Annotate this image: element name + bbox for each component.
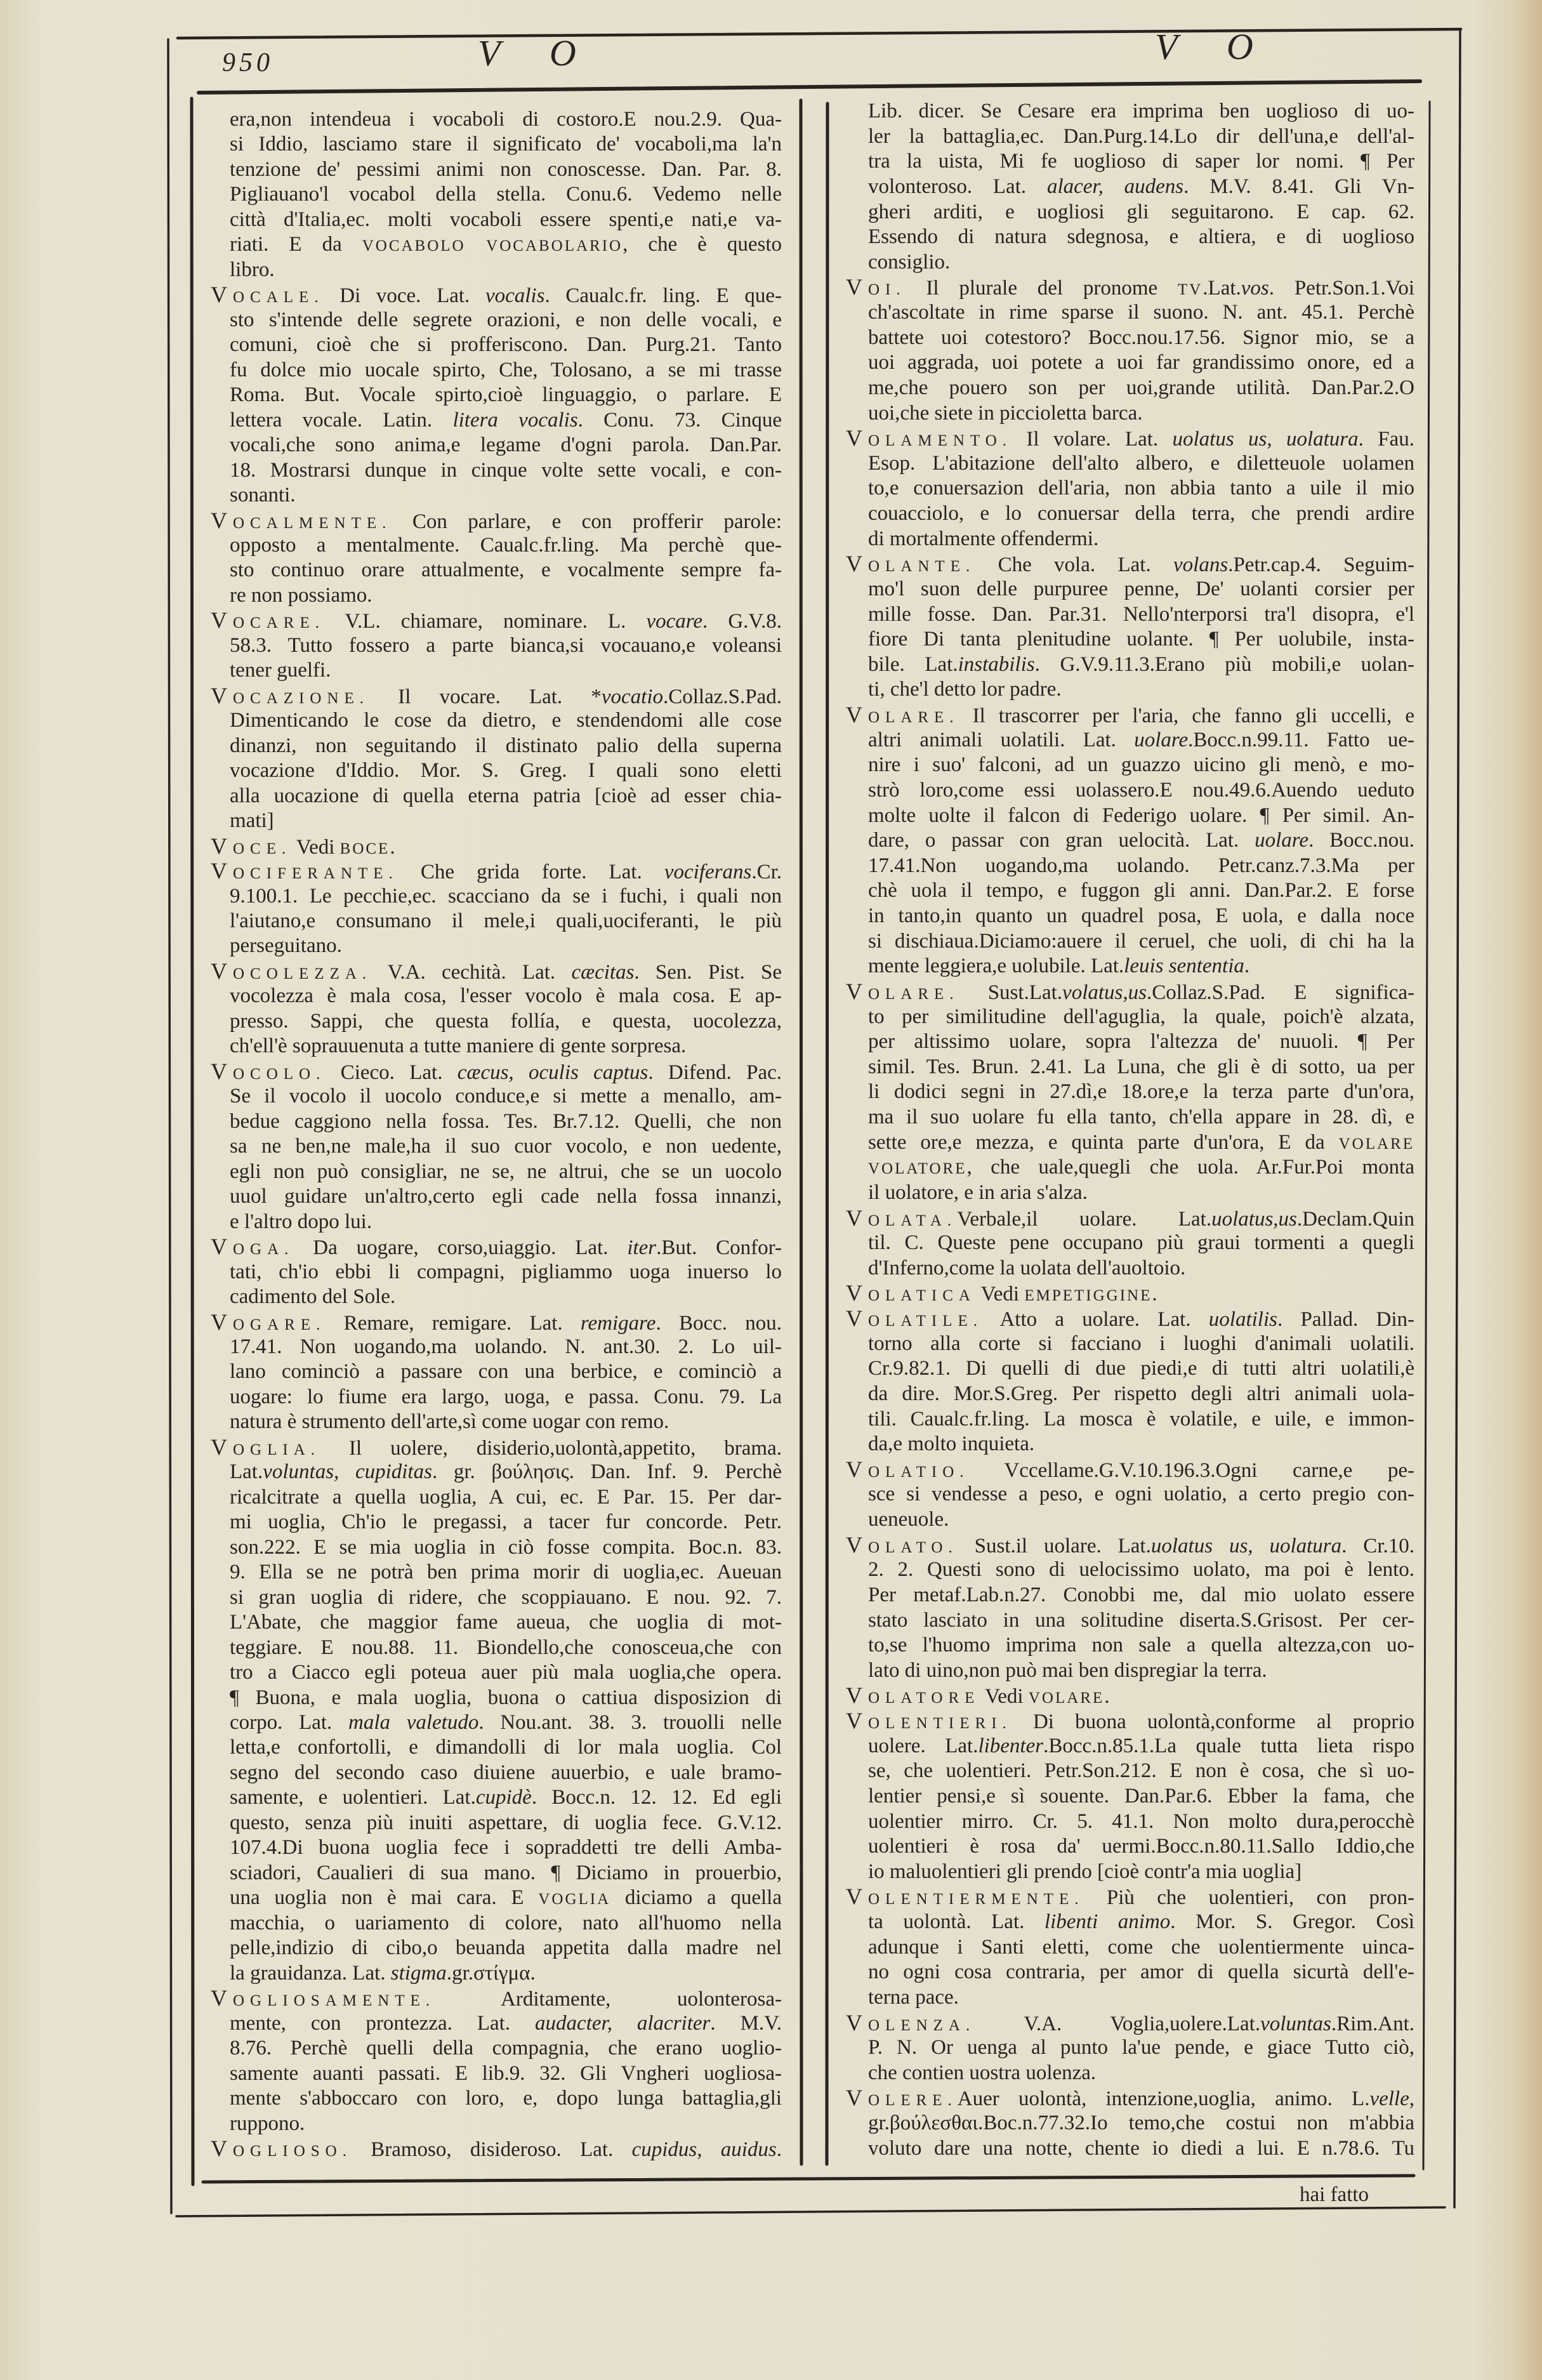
text-run: d'Inferno,come la uolata dell'auoltoio. xyxy=(868,1257,1185,1279)
italic-text: cæcitas xyxy=(571,961,634,984)
text-line: to per similitudine dell'aguglia, la qua… xyxy=(846,1005,1414,1030)
text-run: Essendo di natura sdegnosa, e altiera, e… xyxy=(868,225,1414,248)
header-bottom-rule xyxy=(199,81,1420,93)
text-line: lentier pensi,e sì souente. Dan.Par.6. E… xyxy=(846,1784,1414,1809)
text-run: lano cominciò a passare con una berbice,… xyxy=(230,1360,782,1383)
text-run: Il uolere, disiderio,uolontà,appetito, b… xyxy=(320,1437,782,1460)
text-run: bedue caggiono nella fossa. Tes. Br.7.12… xyxy=(230,1110,782,1133)
text-run: . Fau. xyxy=(1359,428,1414,451)
small-caps-text: VOCABOLO VOCABOLARIO xyxy=(362,237,623,255)
text-run: . G.V.9.11.3.Erano più mobili,e uolan- xyxy=(1035,653,1414,676)
text-run: vocolezza è mala cosa, l'esser vocolo è … xyxy=(230,984,782,1007)
text-line: ma il suo uolare fu ella tanto, ch'ella … xyxy=(846,1105,1414,1130)
text-run: .Collaz.S.Pad. E significa- xyxy=(1147,981,1414,1004)
text-run: battete uoi cotestoro? Bocc.nou.17.56. S… xyxy=(868,326,1414,349)
text-line: adunque i Santi eletti, come che uolenti… xyxy=(846,1935,1414,1960)
text-line: uoi,che siete in piccioletta barca. xyxy=(846,401,1414,426)
italic-text: uolatus us, uolatura xyxy=(1173,428,1359,451)
small-caps-text: VOGLIA xyxy=(538,1891,610,1908)
text-run: .But. Confor- xyxy=(656,1236,782,1259)
text-run: Più che uolentieri, con pron- xyxy=(1084,1886,1414,1909)
italic-text: cupidus, auidus xyxy=(632,2138,777,2161)
text-run: voluto dare una notte, chente io diedi a… xyxy=(868,2137,1414,2160)
text-line: gr.βούλεσθαι.Boc.n.77.32.Io temo,che cos… xyxy=(846,2111,1414,2136)
text-run: samente auanti passati. E lib.9. 32. Gli… xyxy=(230,2062,782,2085)
text-run: uoi,che siete in piccioletta barca. xyxy=(868,402,1142,425)
entry-first-line: VOLARE. Sust.Lat.volatus,us.Collaz.S.Pad… xyxy=(846,979,1414,1005)
entry-first-line: VOCIFERANTE. Che grida forte. Lat. vocif… xyxy=(211,859,782,883)
text-line: io maluolentieri gli prendo [cioè contr'… xyxy=(846,1860,1414,1885)
text-run: . Nou.ant. 38. 3. trouolli nelle xyxy=(478,1711,782,1734)
italic-text: iter xyxy=(627,1236,656,1259)
text-run: 18. Mostrarsi dunque in cinque volte set… xyxy=(230,459,782,482)
text-line: strò loro,come essi uolassero.E nou.49.6… xyxy=(846,778,1414,803)
entry-first-line: VOLANTE. Che vola. Lat. volans.Petr.cap.… xyxy=(846,552,1414,577)
text-line: tili. Caualc.fr.ling. La mosca è volatil… xyxy=(846,1407,1414,1432)
text-run: li dodici segni in 27.dì,e 18.ore,e la t… xyxy=(868,1080,1414,1103)
text-line: egli non può consigliar, ne se, ne altru… xyxy=(211,1160,782,1184)
headword: VOCOLEZZA. xyxy=(211,959,372,986)
text-run: vocali,che sono anima,e legame d'ogni pa… xyxy=(230,433,782,456)
text-line: bedue caggiono nella fossa. Tes. Br.7.12… xyxy=(211,1109,782,1134)
italic-text: remigare xyxy=(581,1312,656,1335)
text-run: Cieco. Lat. xyxy=(326,1061,457,1084)
headword: VOCOLO. xyxy=(211,1059,326,1087)
italic-text: uolatus us, uolatura xyxy=(1151,1535,1341,1557)
text-line: la grauidanza. Lat. stigma.gr.στίγμα. xyxy=(211,1961,782,1986)
text-line: VOLATORE, che uale,quegli che uola. Ar.F… xyxy=(846,1155,1414,1180)
text-line: ueneuole. xyxy=(846,1507,1414,1533)
text-run: . xyxy=(390,836,395,859)
text-line: uolentier mirro. Cr. 5. 41.1. Non molto … xyxy=(846,1809,1414,1835)
text-line: sette ore,e mezza, e quinta parte d'un'o… xyxy=(846,1130,1414,1156)
text-run: Vccellame.G.V.10.196.3.Ogni carne,e pe- xyxy=(970,1459,1414,1482)
italic-text: velle xyxy=(1369,2087,1409,2110)
text-line: Lib. dicer. Se Cesare era imprima ben uo… xyxy=(846,99,1414,124)
text-run: terna pace. xyxy=(868,1986,959,2009)
italic-text: cæcus, oculis captus xyxy=(458,1061,649,1084)
text-run: Con parlare, e con profferir parole: xyxy=(392,510,782,533)
text-line: l'aiutano,e consumano il mele,i quali,uo… xyxy=(211,909,782,934)
headword: VOLENTIERMENTE. xyxy=(846,1884,1084,1912)
text-line: una uoglia non è mai cara. E VOGLIA dici… xyxy=(211,1886,782,1910)
headword: VOLATA. xyxy=(846,1206,957,1234)
entry-first-line: VOLATO. Sust.il uolare. Lat.uolatus us, … xyxy=(846,1533,1414,1558)
text-run: 2. 2. Questi sono di uelocissimo uolato,… xyxy=(868,1558,1414,1581)
entry-first-line: VOGLIOSAMENTE. Arditamente, uolonterosa- xyxy=(211,1986,782,2011)
text-run: lato di uino,non può mai ben dispregiar … xyxy=(868,1659,1267,1682)
text-line: per altissimo uolare, sopra l'altezza de… xyxy=(846,1029,1414,1055)
headword: VOLATILE. xyxy=(846,1306,983,1334)
text-line: 107.4.Di buona uoglia fece i sopraddetti… xyxy=(211,1835,782,1860)
text-line: in tanto,in quanto un quadrel posa, E uo… xyxy=(846,904,1414,929)
text-line: Roma. But. Vocale spirto,cioè linguaggio… xyxy=(211,383,782,407)
text-line: sonanti. xyxy=(211,483,782,508)
text-run: .Collaz.S.Pad. xyxy=(663,685,782,708)
text-line: stato lasciato in una solitudine diserta… xyxy=(846,1608,1414,1634)
text-line: da,e molto inquieta. xyxy=(846,1432,1414,1457)
entry-first-line: VOCAZIONE. Il vocare. Lat. *vocatio.Coll… xyxy=(211,684,782,708)
small-caps-text: TV xyxy=(1178,281,1203,298)
text-run: Auer uolontà, intenzione,uoglia, animo. … xyxy=(958,2087,1370,2110)
headword: VOGLIOSO. xyxy=(211,2136,352,2164)
text-line: mente s'abboccaro con loro, e, dopo lung… xyxy=(211,2086,782,2111)
text-line: nire i suo' falconi, ad un guazzo uicino… xyxy=(846,753,1414,778)
text-run: letta,e confortolli, e dimandolli di lor… xyxy=(230,1736,782,1759)
text-run: tener guelfi. xyxy=(230,659,331,682)
small-caps-text: EMPETIGGINE xyxy=(1024,1287,1152,1304)
text-line: riati. E da VOCABOLO VOCABOLARIO, che è … xyxy=(211,232,782,257)
text-run: re non possiamo. xyxy=(230,584,372,607)
text-run: e l'altro dopo lui. xyxy=(230,1210,372,1233)
small-caps-text: VOLATORE xyxy=(868,1160,966,1177)
text-run: . Conu. 73. Cinque xyxy=(578,409,782,432)
text-run: dinanzi, non seguitando il distinato pal… xyxy=(230,734,782,757)
text-run: V.L. chiamare, nominare. L. xyxy=(325,610,646,633)
headword: VOGA. xyxy=(211,1234,294,1262)
text-run: Bramoso, disideroso. Lat. xyxy=(352,2138,632,2161)
text-run: Il plurale del pronome xyxy=(906,277,1178,300)
text-line: vocali,che sono anima,e legame d'ogni pa… xyxy=(211,433,782,458)
text-line: mi uoglia, Ch'io le pregassi, a tacer fu… xyxy=(211,1510,782,1535)
italic-text: volatus,us xyxy=(1062,981,1147,1004)
text-run: ueneuole. xyxy=(868,1508,949,1531)
text-run: alla uocazione di quella eterna patria [… xyxy=(230,784,782,807)
text-line: P. N. Or uenga al punto la'ue pende, e g… xyxy=(846,2035,1414,2061)
text-line: segno del secondo caso diuiene auuerbio,… xyxy=(211,1761,782,1785)
text-run: Da uogare, corso,uiaggio. Lat. xyxy=(294,1236,627,1259)
running-head-right: V O xyxy=(1155,29,1274,65)
text-run: 17.41.Non uogando,ma uolando. Petr.canz.… xyxy=(868,854,1414,877)
text-run: dare, o passar con gran uelocità. Lat. xyxy=(868,829,1255,852)
text-line: Lat.voluntas, cupiditas. gr. βούλησις. D… xyxy=(211,1460,782,1484)
text-run: io maluolentieri gli prendo [cioè contr'… xyxy=(868,1860,1301,1883)
column-divider-right xyxy=(827,103,827,2164)
text-run: che contien uostra uolenza. xyxy=(868,2061,1096,2084)
text-line: to,se l'huomo imprima non sale a quella … xyxy=(846,1633,1414,1658)
text-run: teggiare. E nou.88. 11. Biondello,che co… xyxy=(230,1636,782,1659)
text-line: til. C. Queste pene occupano più graui t… xyxy=(846,1231,1414,1256)
text-run: gheri arditi, e uogliosi gli seguitarono… xyxy=(868,201,1414,223)
text-run: Arditamente, uolonterosa- xyxy=(435,1988,782,2011)
text-line: gheri arditi, e uogliosi gli seguitarono… xyxy=(846,200,1414,225)
text-run: il uolatore, e in aria s'alza. xyxy=(868,1181,1088,1204)
text-line: torno alla corte si facciano i luoghi d'… xyxy=(846,1332,1414,1357)
text-run: mi uoglia, Ch'io le pregassi, a tacer fu… xyxy=(230,1511,782,1533)
text-line: L'Abate, che maggior fame aueua, che uog… xyxy=(211,1610,782,1635)
small-caps-text: BOCE xyxy=(340,840,390,857)
text-line: voluto dare una notte, chente io diedi a… xyxy=(846,2136,1414,2162)
italic-text: instabilis xyxy=(958,653,1035,676)
text-run: 107.4.Di buona uoglia fece i sopraddetti… xyxy=(230,1836,782,1859)
text-run: mente leggiera,e uolubile. Lat. xyxy=(868,955,1124,977)
small-caps-text: VOLARE xyxy=(1029,1689,1104,1707)
text-run: sce si vendesse a peso, e ogni uolatio, … xyxy=(868,1483,1414,1505)
text-line: sce si vendesse a peso, e ogni uolatio, … xyxy=(846,1482,1414,1507)
text-line: cadimento del Sole. xyxy=(211,1285,782,1309)
text-run: 9.100.1. Le pecchie,ec. scacciano da se … xyxy=(230,885,782,908)
text-line: Cr.9.82.1. Di quelli di due piedi,e di t… xyxy=(846,1356,1414,1382)
text-run: tati, ch'io ebbi li compagni, pigliammo … xyxy=(230,1260,782,1283)
text-run: gr.βούλεσθαι.Boc.n.77.32.Io temo,che cos… xyxy=(868,2112,1414,2134)
text-line: si Iddio, lasciamo stare il significato … xyxy=(211,132,782,157)
text-run: Il vocare. Lat. * xyxy=(369,685,602,708)
text-line: to,e conuersazion dell'aria, non abbia t… xyxy=(846,476,1414,501)
text-run: . Mor. S. Gregor. Così xyxy=(1170,1910,1414,1933)
text-run: me,che pouero son per uoi,grande utilità… xyxy=(868,376,1414,399)
entry-first-line: VOLATIO. Vccellame.G.V.10.196.3.Ogni car… xyxy=(846,1457,1414,1483)
text-run: Sust.il uolare. Lat. xyxy=(958,1535,1151,1557)
text-run: lentier pensi,e sì souente. Dan.Par.6. E… xyxy=(868,1785,1414,1808)
headword: VOGLIOSAMENTE. xyxy=(211,1986,435,2013)
running-head-left: V O xyxy=(478,35,596,72)
text-run: sonanti. xyxy=(230,484,296,506)
italic-text: leuis sententia xyxy=(1124,955,1244,977)
text-run: ricalcitrate a quella uoglia, A cui, ec.… xyxy=(230,1486,782,1509)
text-run: sto continuo orare attualmente, e vocalm… xyxy=(230,559,782,581)
headword: VOLATICA xyxy=(846,1281,976,1309)
text-line: mente, con prontezza. Lat. audacter, ala… xyxy=(211,2011,782,2036)
text-line: 9. Ella se ne potrà ben prima morir di u… xyxy=(211,1560,782,1585)
text-line: vocolezza è mala cosa, l'esser vocolo è … xyxy=(211,984,782,1008)
text-run: ruppono. xyxy=(230,2112,305,2135)
text-run: si gran uoglia di ridere, che scoppiauan… xyxy=(230,1586,782,1609)
text-line: mo'l suon delle purpuree penne, De' uola… xyxy=(846,577,1414,602)
text-run: opposto a mentalmente. Caualc.fr.ling. M… xyxy=(230,534,782,557)
text-line: terna pace. xyxy=(846,1985,1414,2011)
text-line: son.222. E se mia uoglia in ciò fosse co… xyxy=(211,1535,782,1560)
text-run: questo, senza più inuiti aspettare, di u… xyxy=(230,1811,782,1834)
text-run: . M.V. 8.41. Gli Vn- xyxy=(1183,175,1414,198)
text-line: sa ne ben,ne male,ha il suo cuor vocolo,… xyxy=(211,1134,782,1159)
text-line: bile. Lat.instabilis. G.V.9.11.3.Erano p… xyxy=(846,652,1414,678)
text-run: Se il vocolo il uocolo conduce,e si mett… xyxy=(230,1085,782,1107)
text-run: , che è questo xyxy=(623,233,782,256)
text-line: si dischiaua.Diciamo:auere il ceruel, ch… xyxy=(846,929,1414,955)
text-line: molte uolte il falcon di Federigo uolare… xyxy=(846,803,1414,829)
text-line: 18. Mostrarsi dunque in cinque volte set… xyxy=(211,458,782,483)
text-line: questo, senza più inuiti aspettare, di u… xyxy=(211,1811,782,1835)
text-line: ler la battaglia,ec. Dan.Purg.14.Lo dir … xyxy=(846,124,1414,150)
text-run: mo'l suon delle purpuree penne, De' uola… xyxy=(868,578,1414,600)
text-line: natura è strumento dell'arte,sì come uog… xyxy=(211,1410,782,1434)
text-run: ta uolontà. Lat. xyxy=(868,1910,1044,1933)
text-run: strò loro,come essi uolassero.E nou.49.6… xyxy=(868,779,1414,802)
italic-text: vocalis xyxy=(485,284,544,307)
text-run: sto s'intende delle segrete orazioni, e … xyxy=(230,308,782,331)
text-run: tro a Ciacco egli poteua auer più mala u… xyxy=(230,1661,782,1684)
text-run: torno alla corte si facciano i luoghi d'… xyxy=(868,1332,1414,1355)
text-run: comuni, cioè che si profferiscono. Dan. … xyxy=(230,333,782,356)
text-line: fu dolce mio uocale spirto, Che, Tolosan… xyxy=(211,358,782,383)
text-line: sto continuo orare attualmente, e vocalm… xyxy=(211,558,782,583)
italic-text: stigma xyxy=(391,1962,447,1985)
text-line: tra la uista, Mi fe uoglioso di saper lo… xyxy=(846,149,1414,175)
text-run: to per similitudine dell'aguglia, la qua… xyxy=(868,1005,1414,1028)
text-line: sciadori, Caualieri di sua mano. ¶ Dicia… xyxy=(211,1861,782,1886)
text-run: Di buona uolontà,conforme al proprio xyxy=(1012,1710,1414,1733)
text-run: una uoglia non è mai cara. E xyxy=(230,1886,538,1909)
text-run: .Lat. xyxy=(1203,277,1241,300)
entry-first-line: VOGARE. Remare, remigare. Lat. remigare.… xyxy=(211,1310,782,1335)
headword: VOCAZIONE. xyxy=(211,684,369,711)
text-run: . xyxy=(777,2138,782,2161)
small-caps-text: VOLARE xyxy=(1339,1135,1414,1153)
italic-text: mala valetudo xyxy=(348,1711,478,1734)
text-line: città d'Italia,ec. molti vocaboli essere… xyxy=(211,208,782,232)
italic-text: vocare xyxy=(646,610,702,633)
text-run: Vedi xyxy=(291,836,339,859)
text-line: pelle,indizio di cibo,o beuanda appetita… xyxy=(211,1936,782,1960)
text-line: Dimenticando le cose da dietro, e stende… xyxy=(211,708,782,733)
headword: VOCIFERANTE. xyxy=(211,859,399,886)
text-run: . gr. βούλησις. Dan. Inf. 9. Perchè xyxy=(432,1460,782,1483)
text-line: tati, ch'io ebbi li compagni, pigliammo … xyxy=(211,1260,782,1285)
text-line: ch'ell'è soprauuenuta a tutte maniere di… xyxy=(211,1034,782,1059)
text-run: l'aiutano,e consumano il mele,i quali,uo… xyxy=(230,909,782,932)
entry-first-line: VOCALE. Di voce. Lat. vocalis. Caualc.fr… xyxy=(211,282,782,307)
text-line: uolentieri è rosa da' uermi.Bocc.n.80.11… xyxy=(846,1834,1414,1860)
text-run: Per metaf.Lab.n.27. Conobbi me, dal mio … xyxy=(868,1583,1414,1606)
text-run: fu dolce mio uocale spirto, Che, Tolosan… xyxy=(230,359,782,381)
text-run: uoi aggrada, uoi potete a uoi far grandi… xyxy=(868,351,1414,374)
entry-first-line: VOGLIA. Il uolere, disiderio,uolontà,app… xyxy=(211,1435,782,1460)
entry-first-line: VOLAMENTO. Il volare. Lat. uolatus us, u… xyxy=(846,426,1414,451)
headword: VOCALMENTE. xyxy=(211,508,392,536)
text-line: dinanzi, non seguitando il distinato pal… xyxy=(211,734,782,758)
text-line: re non possiamo. xyxy=(211,583,782,608)
headword: VOLAMENTO. xyxy=(846,426,1012,454)
text-line: lano cominciò a passare con una berbice,… xyxy=(211,1359,782,1384)
text-line: perseguitano. xyxy=(211,934,782,958)
entry-first-line: VOLARE. Il trascorrer per l'aria, che fa… xyxy=(846,703,1414,728)
text-run: . Caualc.fr. ling. E que- xyxy=(544,284,782,307)
headword: VOLERE. xyxy=(846,2086,958,2113)
entry-first-line: VOGA. Da uogare, corso,uiaggio. Lat. ite… xyxy=(211,1234,782,1259)
entry-first-line: VOI. Il plurale del pronome TV.Lat.vos. … xyxy=(846,275,1414,300)
text-line: d'Inferno,come la uolata dell'auoltoio. xyxy=(846,1256,1414,1281)
text-line: dare, o passar con gran uelocità. Lat. u… xyxy=(846,828,1414,854)
text-run: volonteroso. Lat. xyxy=(868,175,1047,198)
text-run: to,se l'huomo imprima non sale a quella … xyxy=(868,1634,1414,1656)
inner-bottom-rule xyxy=(203,2176,1414,2182)
text-run: Lib. dicer. Se Cesare era imprima ben uo… xyxy=(868,100,1414,122)
text-run: Il volare. Lat. xyxy=(1012,428,1172,451)
text-run: 58.3. Tutto fossero a parte bianca,si vo… xyxy=(230,634,782,657)
entry-first-line: VOLATORE Vedi VOLARE. xyxy=(846,1683,1414,1709)
italic-text: uolatus,us xyxy=(1211,1208,1297,1231)
text-line: Per metaf.Lab.n.27. Conobbi me, dal mio … xyxy=(846,1583,1414,1608)
text-line: battete uoi cotestoro? Bocc.nou.17.56. S… xyxy=(846,326,1414,351)
text-run: Atto a uolare. Lat. xyxy=(983,1308,1209,1331)
entry-first-line: VOCE. Vedi BOCE. xyxy=(211,834,782,859)
text-run: 17.41. Non uogando,ma uolando. N. ant.30… xyxy=(230,1335,782,1358)
entry-first-line: VOLENTIERMENTE. Più che uolentieri, con … xyxy=(846,1884,1414,1910)
text-run: sciadori, Caualieri di sua mano. ¶ Dicia… xyxy=(230,1861,782,1884)
text-line: li dodici segni in 27.dì,e 18.ore,e la t… xyxy=(846,1080,1414,1105)
text-run: mille fosse. Dan. Par.31. Nello'nterpors… xyxy=(868,603,1414,626)
italic-text: libenter xyxy=(978,1735,1043,1757)
text-run: uuol guidare un'altro,certo egli cade ne… xyxy=(230,1185,782,1208)
text-line: uolere. Lat.libenter.Bocc.n.85.1.La qual… xyxy=(846,1734,1414,1759)
text-run: libro. xyxy=(230,258,275,281)
text-line: lato di uino,non può mai ben dispregiar … xyxy=(846,1658,1414,1684)
catchword: hai fatto xyxy=(1300,2185,1369,2205)
headword: VOI. xyxy=(846,275,906,303)
text-line: volonteroso. Lat. alacer, audens. M.V. 8… xyxy=(846,175,1414,200)
text-run: son.222. E se mia uoglia in ciò fosse co… xyxy=(230,1536,782,1559)
text-run: ti, che'l detto lor padre. xyxy=(868,678,1062,701)
text-run: L'Abate, che maggior fame aueua, che uog… xyxy=(230,1611,782,1634)
document-page: 950 V O V O era,non intendeua i vocaboli… xyxy=(0,0,1542,2380)
text-run: pelle,indizio di cibo,o beuanda appetita… xyxy=(230,1936,782,1959)
text-run: natura è strumento dell'arte,sì come uog… xyxy=(230,1410,669,1433)
text-run: ¶ Buona, e mala uoglia, buona o cattiua … xyxy=(230,1686,782,1709)
entry-first-line: VOGLIOSO. Bramoso, disideroso. Lat. cupi… xyxy=(211,2136,782,2161)
text-line: si gran uoglia di ridere, che scoppiauan… xyxy=(211,1585,782,1610)
entry-first-line: VOLATA.Verbale,il uolare. Lat.uolatus,us… xyxy=(846,1206,1414,1231)
text-line: se, che uolentieri. Petr.Son.212. E non … xyxy=(846,1759,1414,1784)
text-run: lettera vocale. Latin. xyxy=(230,409,452,432)
text-line: corpo. Lat. mala valetudo. Nou.ant. 38. … xyxy=(211,1710,782,1735)
text-run: egli non può consigliar, ne se, ne altru… xyxy=(230,1160,782,1183)
entry-first-line: VOLERE.Auer uolontà, intenzione,uoglia, … xyxy=(846,2086,1414,2111)
outer-right-border xyxy=(1454,29,1460,2207)
text-run: no ogni cosa contraria, per amor di quel… xyxy=(868,1960,1414,1983)
text-run: ma il suo uolare fu ella tanto, ch'ella … xyxy=(868,1106,1414,1128)
text-line: chè uola il tempo, e fuggon gli anni. Da… xyxy=(846,878,1414,904)
outer-bottom-rule xyxy=(176,2207,1445,2216)
entry-first-line: VOCOLEZZA. V.A. cechità. Lat. cæcitas. S… xyxy=(211,959,782,984)
text-line: uuol guidare un'altro,certo egli cade ne… xyxy=(211,1184,782,1209)
text-run: città d'Italia,ec. molti vocaboli essere… xyxy=(230,208,782,231)
text-run: samente, e uolentieri. Lat. xyxy=(230,1786,476,1809)
text-line: che contien uostra uolenza. xyxy=(846,2061,1414,2086)
text-run: . xyxy=(1244,955,1249,977)
entry-first-line: VOLATILE. Atto a uolare. Lat. uolatilis.… xyxy=(846,1306,1414,1332)
italic-text: cupidè xyxy=(476,1786,532,1809)
text-run: da dire. Mor.S.Greg. Per rispetto degli … xyxy=(868,1382,1414,1405)
text-line: mati] xyxy=(211,809,782,833)
text-run: si dischiaua.Diciamo:auere il ceruel, ch… xyxy=(868,930,1414,953)
text-run: mente, con prontezza. Lat. xyxy=(230,2012,535,2035)
text-line: Se il vocolo il uocolo conduce,e si mett… xyxy=(211,1084,782,1109)
text-line: teggiare. E nou.88. 11. Biondello,che co… xyxy=(211,1636,782,1660)
text-line: ruppono. xyxy=(211,2112,782,2136)
left-column: era,non intendeua i vocaboli di costoro.… xyxy=(211,107,782,2161)
italic-text: uolare xyxy=(1255,829,1308,852)
headword: VOCE. xyxy=(211,834,291,861)
text-line: tro a Ciacco egli poteua auer più mala u… xyxy=(211,1660,782,1685)
text-line: da dire. Mor.S.Greg. Per rispetto degli … xyxy=(846,1382,1414,1407)
text-run: til. C. Queste pene occupano più graui t… xyxy=(868,1231,1414,1254)
text-run: diciamo a quella xyxy=(610,1886,782,1909)
text-run: tili. Caualc.fr.ling. La mosca è volatil… xyxy=(868,1408,1414,1431)
text-run: uogare: lo fiume era largo, uoga, e pass… xyxy=(230,1385,782,1408)
text-run: Vedi xyxy=(980,1685,1028,1708)
text-run: . G.V.8. xyxy=(702,610,782,633)
text-run: macchia, o uariamento di colore, nato al… xyxy=(230,1912,782,1934)
text-run: ler la battaglia,ec. Dan.Purg.14.Lo dir … xyxy=(868,125,1414,148)
headword: VOLENTIERI. xyxy=(846,1709,1012,1736)
text-run: in tanto,in quanto un quadrel posa, E uo… xyxy=(868,904,1414,927)
text-run: segno del secondo caso diuiene auuerbio,… xyxy=(230,1761,782,1784)
text-run: di mortalmente offendermi. xyxy=(868,527,1098,550)
text-line: ti, che'l detto lor padre. xyxy=(846,677,1414,703)
text-run: sette ore,e mezza, e quinta parte d'un'o… xyxy=(868,1131,1339,1154)
text-run: . Bocc. nou. xyxy=(656,1312,782,1335)
text-run: riati. E da xyxy=(230,233,362,256)
